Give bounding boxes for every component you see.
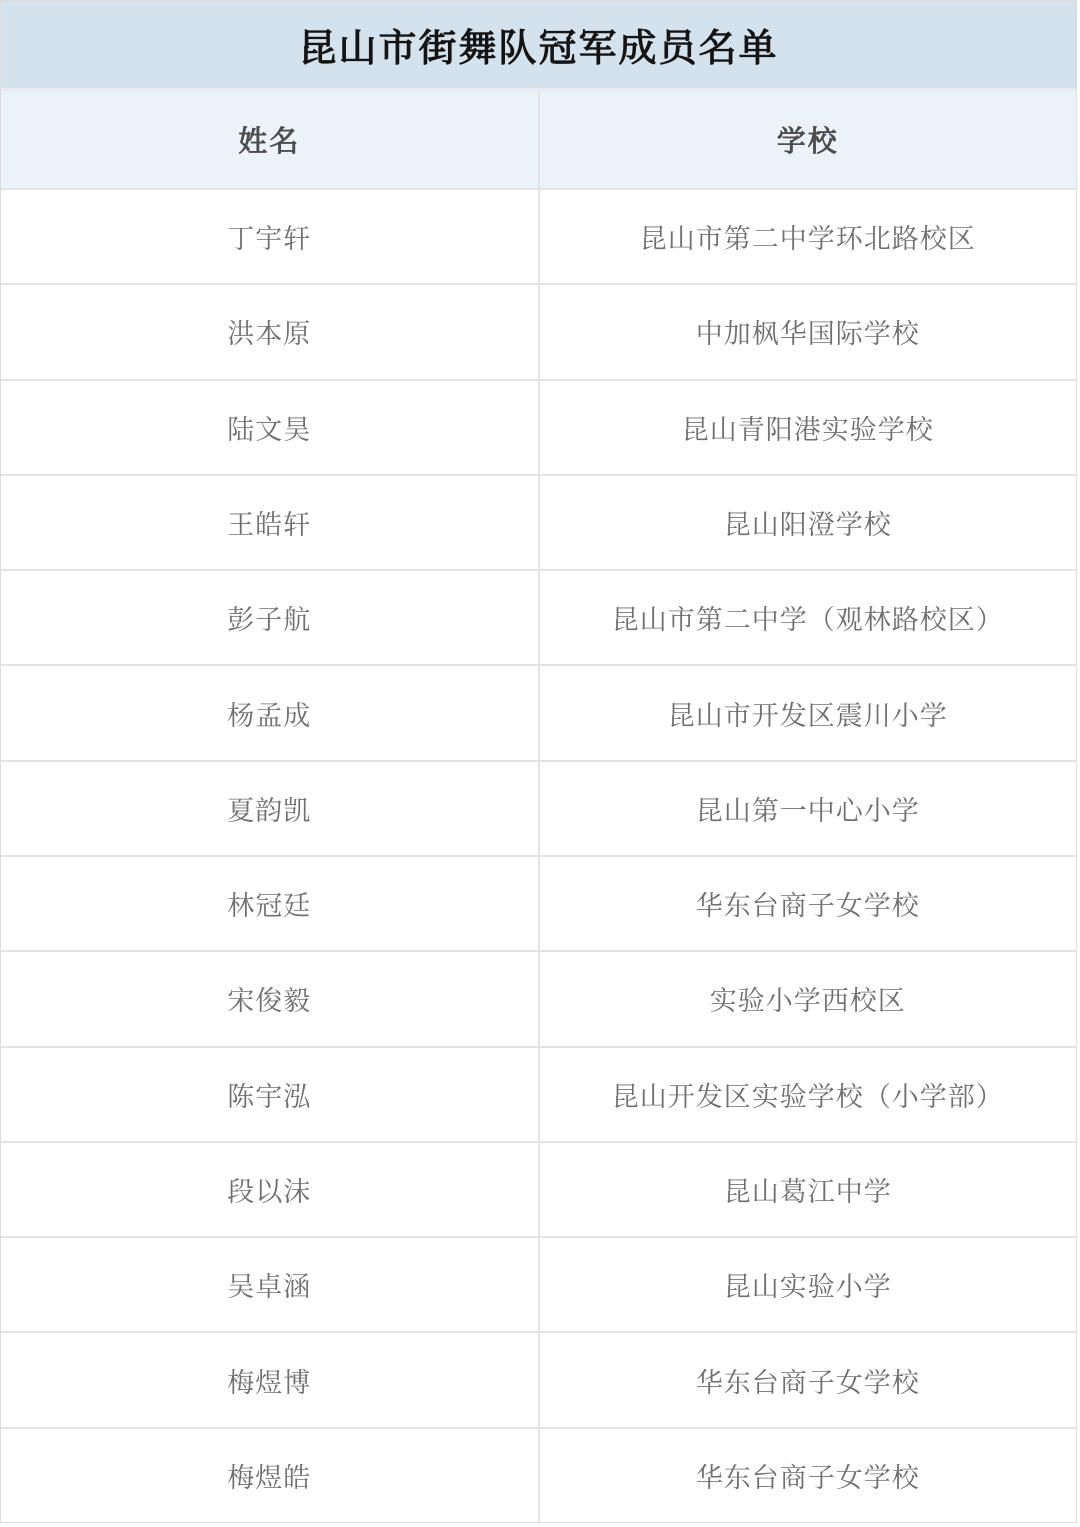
member-school: 昆山市第二中学环北路校区 bbox=[540, 190, 1077, 283]
member-name: 彭子航 bbox=[1, 571, 540, 664]
member-name: 梅煜博 bbox=[1, 1333, 540, 1426]
table-row: 林冠廷 华东台商子女学校 bbox=[1, 855, 1076, 950]
member-school: 华东台商子女学校 bbox=[540, 857, 1077, 950]
table-row: 陆文昊 昆山青阳港实验学校 bbox=[1, 379, 1076, 474]
member-name: 段以沫 bbox=[1, 1143, 540, 1236]
member-name: 夏韵凯 bbox=[1, 762, 540, 855]
table-row: 吴卓涵 昆山实验小学 bbox=[1, 1236, 1076, 1331]
member-school: 华东台商子女学校 bbox=[540, 1333, 1077, 1426]
table-row: 杨孟成 昆山市开发区震川小学 bbox=[1, 664, 1076, 759]
table-row: 段以沫 昆山葛江中学 bbox=[1, 1141, 1076, 1236]
member-school: 昆山阳澄学校 bbox=[540, 476, 1077, 569]
member-school: 昆山实验小学 bbox=[540, 1238, 1077, 1331]
member-name: 王皓轩 bbox=[1, 476, 540, 569]
member-school: 实验小学西校区 bbox=[540, 952, 1077, 1045]
table-row: 丁宇轩 昆山市第二中学环北路校区 bbox=[1, 188, 1076, 283]
column-header-name: 姓名 bbox=[1, 91, 540, 188]
table-row: 梅煜博 华东台商子女学校 bbox=[1, 1331, 1076, 1426]
member-name: 梅煜皓 bbox=[1, 1429, 540, 1522]
table-row: 陈宇泓 昆山开发区实验学校（小学部） bbox=[1, 1046, 1076, 1141]
table-row: 彭子航 昆山市第二中学（观林路校区） bbox=[1, 569, 1076, 664]
member-school: 中加枫华国际学校 bbox=[540, 285, 1077, 378]
header-row: 姓名 学校 bbox=[1, 88, 1076, 188]
member-school: 昆山青阳港实验学校 bbox=[540, 381, 1077, 474]
member-school: 昆山葛江中学 bbox=[540, 1143, 1077, 1236]
member-name: 洪本原 bbox=[1, 285, 540, 378]
column-header-school: 学校 bbox=[540, 91, 1077, 188]
member-name: 陆文昊 bbox=[1, 381, 540, 474]
member-school: 昆山市第二中学（观林路校区） bbox=[540, 571, 1077, 664]
champion-roster-table: 昆山市街舞队冠军成员名单 姓名 学校 丁宇轩 昆山市第二中学环北路校区 洪本原 … bbox=[0, 0, 1077, 1523]
member-school: 华东台商子女学校 bbox=[540, 1429, 1077, 1522]
table-row: 宋俊毅 实验小学西校区 bbox=[1, 950, 1076, 1045]
member-name: 吴卓涵 bbox=[1, 1238, 540, 1331]
member-name: 宋俊毅 bbox=[1, 952, 540, 1045]
table-row: 王皓轩 昆山阳澄学校 bbox=[1, 474, 1076, 569]
table-title: 昆山市街舞队冠军成员名单 bbox=[1, 1, 1076, 88]
member-name: 杨孟成 bbox=[1, 666, 540, 759]
member-name: 林冠廷 bbox=[1, 857, 540, 950]
member-name: 陈宇泓 bbox=[1, 1048, 540, 1141]
table-row: 梅煜皓 华东台商子女学校 bbox=[1, 1427, 1076, 1522]
member-school: 昆山市开发区震川小学 bbox=[540, 666, 1077, 759]
table-row: 洪本原 中加枫华国际学校 bbox=[1, 283, 1076, 378]
table-row: 夏韵凯 昆山第一中心小学 bbox=[1, 760, 1076, 855]
member-school: 昆山开发区实验学校（小学部） bbox=[540, 1048, 1077, 1141]
member-name: 丁宇轩 bbox=[1, 190, 540, 283]
member-school: 昆山第一中心小学 bbox=[540, 762, 1077, 855]
